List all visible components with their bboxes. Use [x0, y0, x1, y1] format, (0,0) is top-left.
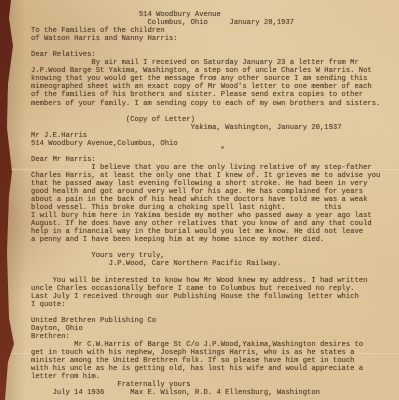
scanned-letter-background: 514 Woodbury Avenue Columbus, Ohio Janua… — [0, 0, 399, 400]
left-edge-shadow — [0, 0, 26, 400]
letter-page: 514 Woodbury Avenue Columbus, Ohio Janua… — [0, 0, 399, 400]
letter-text: 514 Woodbury Avenue Columbus, Ohio Janua… — [31, 11, 380, 397]
